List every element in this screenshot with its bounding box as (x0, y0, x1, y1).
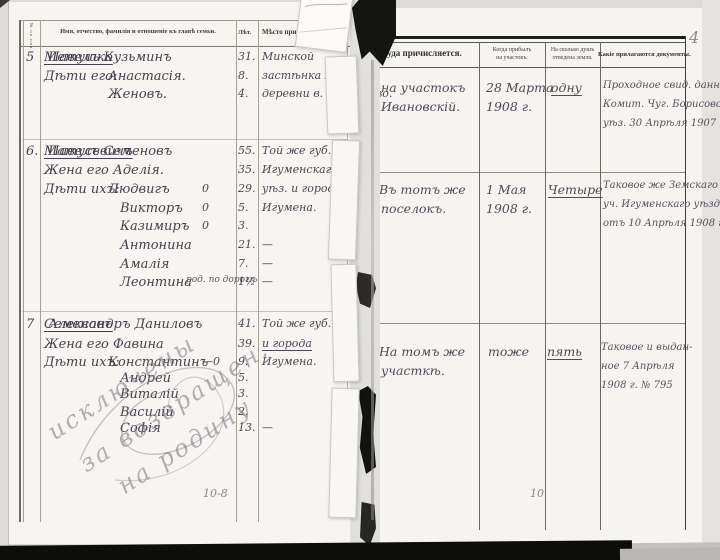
age-value: 29. (238, 182, 256, 195)
arrived-column-header-l2: на участокъ. (481, 55, 543, 61)
souls-count: Четыре (548, 182, 603, 197)
entry-6-line-4: Викторъ 0 5. Игумена. (24, 201, 356, 220)
documents-column-header: Какіе прилагаются документы. (598, 51, 684, 58)
place-dash: — (262, 238, 273, 251)
entry-6-line-7: Амалія 7. — (24, 257, 356, 276)
relation-label: Дѣти его: (44, 69, 117, 84)
entry-6-line-6: Антонина 21. — (24, 238, 356, 257)
place-value: Той же губ. (262, 144, 331, 157)
age-column-header: Лѣт. (238, 29, 251, 36)
age-value: 4. (238, 87, 249, 100)
documents-l3: 1908 г. № 795 (601, 380, 673, 391)
left-row-separator-1 (22, 139, 348, 140)
member-name: Викторъ (120, 201, 183, 216)
tally-mark: 0 (202, 201, 209, 214)
assigned-column-header: Куда причисляется. (381, 48, 462, 58)
tape-patch-marks (296, 0, 352, 52)
torn-paper-flap (325, 55, 360, 134)
documents-l2: ное 7 Апрѣля (601, 361, 674, 372)
souls-count: одну (551, 80, 582, 95)
torn-paper-flap (328, 388, 359, 519)
documents-l1: Таковое же Земскаго нач. 1 (603, 180, 720, 191)
age-value: 7. (238, 257, 249, 270)
place-dash: — (262, 275, 273, 288)
right-header-bottom-rule (376, 67, 685, 68)
member-name: Антонина (120, 238, 192, 253)
right-col-rule-2 (545, 42, 546, 530)
scan-corner-shadow (620, 547, 720, 560)
place-value: Минской (262, 50, 314, 63)
age-value: 35. (238, 163, 256, 176)
place-value: Игумена. (262, 201, 316, 214)
torn-paper-flap (330, 264, 359, 383)
souls-column-header-l2: отведена земля. (546, 55, 599, 61)
entry-5-line-2: Дѣти его: Анастасія. 8. застѣнка Г. Бере… (24, 69, 356, 88)
souls-count: пять (547, 344, 582, 359)
arrival-date-l2: 1908 г. (486, 99, 532, 114)
documents-l1: Проходное свид. данное (603, 80, 720, 91)
left-outer-border-a (19, 20, 21, 522)
assigned-to-l1: Въ тотъ же (379, 182, 466, 197)
assigned-to-l2: Ивановскій. (381, 99, 460, 114)
age-value: 55. (238, 144, 256, 157)
member-name: Леонтина (120, 275, 192, 290)
age-value: 1½ (238, 275, 256, 288)
right-header-top-rule (376, 42, 685, 43)
right-outer-border (685, 36, 686, 530)
member-name: Казимиръ (120, 219, 189, 234)
entry-6-line-3: Дѣти ихъ: Людвигъ 0 29. уѣз. и города (24, 182, 356, 201)
tape-patch (295, 0, 353, 53)
left-footer-note: 10-8 (203, 487, 228, 500)
entry-6-line-1: 6. Матусевичъ Павелъ Семеновъ 55. Той же… (24, 144, 356, 163)
assigned-to-l1: на участокъ (381, 80, 465, 95)
member-name: Анастасія. (108, 69, 186, 84)
arrived-column-header-l1: Когда прибылъ (481, 47, 543, 53)
entry-5-line-1: 5 Метушко Павелъ Кузьминъ 31. Минской (24, 50, 356, 69)
age-value: 3. (238, 219, 249, 232)
age-value: 41. (238, 317, 256, 330)
scanned-register-spread: { "document": { "page_number": "4", "lef… (0, 0, 720, 560)
member-name: Жена его Аделія. (44, 163, 164, 178)
documents-l2: уч. Игуменскаго уѣзда (603, 199, 720, 210)
right-row-separator-2 (374, 323, 685, 324)
member-name: Амалія (120, 257, 169, 272)
entry-number: 6. (26, 144, 38, 159)
documents-l3: уѣз. 30 Апрѣля 1907 г. № 1295 (603, 118, 720, 129)
left-page-edge (8, 0, 9, 545)
documents-l1: Таковое и выдан- (601, 342, 692, 353)
assigned-to-l2: поселокъ. (381, 201, 446, 216)
age-value: 5. (238, 201, 249, 214)
arrival-date-l1: тоже (488, 344, 529, 359)
entry-6-line-8: Леонтина род. по дорогѣ 1½ — (24, 275, 356, 294)
arrival-date-l2: 1908 г. (486, 201, 532, 216)
pencil-flourish (60, 330, 280, 490)
right-col-rule-3 (600, 42, 601, 530)
arrival-date-l1: 28 Марта (486, 80, 553, 95)
assigned-to-l1: На томъ же (379, 344, 465, 359)
place-dash: — (262, 257, 273, 270)
member-name: Людвигъ (108, 182, 170, 197)
souls-column-header-l1: На сколько душъ (546, 47, 599, 53)
sheet-number: 4 (689, 28, 699, 47)
right-row-separator-1 (374, 172, 685, 173)
entry-number: 5 (26, 50, 34, 65)
member-name: Женовъ. (108, 87, 167, 102)
documents-l3: отъ 10 Апрѣля 1908 г. № 850. (603, 218, 720, 229)
head-name: Павелъ Кузьминъ (48, 50, 172, 65)
place-value: уѣз. и города (262, 182, 341, 195)
torn-paper-flap (328, 140, 360, 261)
tally-mark: 0 (202, 219, 209, 232)
place-value: Игуменскаго (262, 163, 338, 176)
arrival-date-l1: 1 Мая (486, 182, 526, 197)
entry-5-line-3: Женовъ. 4. деревни в. д. Глиново. (24, 87, 356, 106)
documents-l2: Комит. Чуг. Борисовскаго (603, 99, 720, 110)
right-footer-note: 10 (530, 487, 544, 500)
left-row-separator-2 (22, 311, 348, 312)
right-table-top-border (376, 36, 686, 39)
right-col-rule-1 (479, 42, 480, 530)
tally-mark: 0 (202, 182, 209, 195)
age-value: 21. (238, 238, 256, 251)
name-column-header: Имя, отчество, фамилія и отношеніе къ гл… (42, 28, 234, 35)
right-page-torn-edge (371, 60, 374, 520)
entry-number: 7 (26, 317, 34, 332)
place-value: Той же губ. (262, 317, 331, 330)
entry-6-line-5: Казимиръ 0 3. (24, 219, 356, 238)
order-column-header: № по пор. (29, 23, 34, 51)
entry-6-line-2: Жена его Аделія. 35. Игуменскаго (24, 163, 356, 182)
head-name: Павелъ Семеновъ (48, 144, 172, 159)
age-value: 8. (238, 69, 249, 82)
assigned-to-l2: участкѣ. (381, 363, 445, 378)
age-value: 31. (238, 50, 256, 63)
